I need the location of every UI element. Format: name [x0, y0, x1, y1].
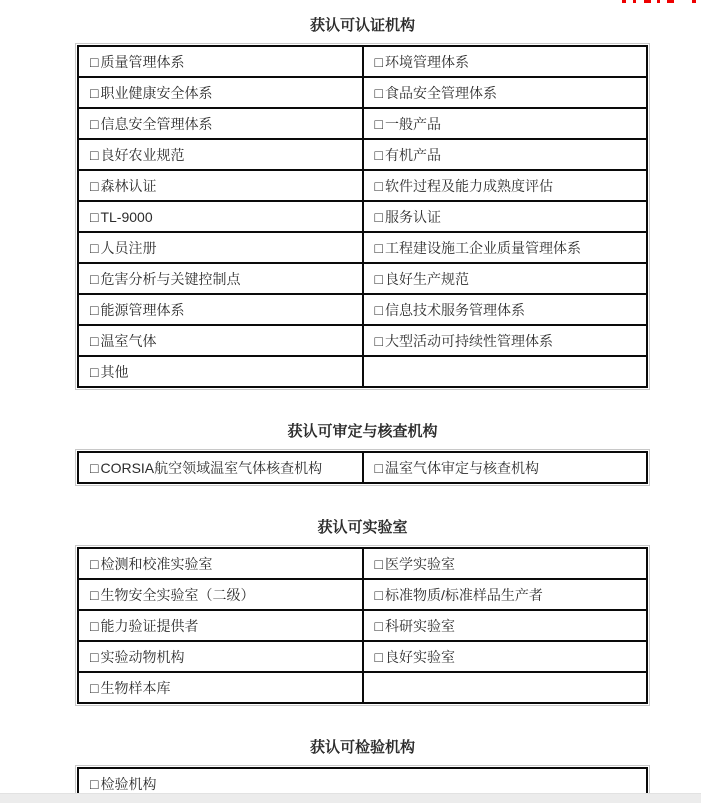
table-row: □温室气体□大型活动可持续性管理体系	[78, 325, 647, 356]
checkbox-label: 一般产品	[385, 116, 441, 132]
section: 获认可审定与核查机构□CORSIA航空领域温室气体核查机构□温室气体审定与核查机…	[77, 420, 648, 484]
table-row: □CORSIA航空领域温室气体核查机构□温室气体审定与核查机构	[78, 452, 647, 483]
checkbox-cell[interactable]: □医学实验室	[363, 548, 648, 579]
checkbox-label: 森林认证	[100, 178, 156, 194]
checkbox-cell[interactable]: □其他	[78, 356, 363, 387]
checkbox-label: 大型活动可持续性管理体系	[385, 333, 553, 349]
table-row: □职业健康安全体系□食品安全管理体系	[78, 77, 647, 108]
checkbox-icon[interactable]: □	[90, 54, 98, 70]
checkbox-icon[interactable]: □	[375, 333, 383, 349]
checkbox-label: CORSIA航空领域温室气体核查机构	[100, 460, 322, 476]
checkbox-label: 良好农业规范	[100, 147, 184, 163]
checkbox-label: 软件过程及能力成熟度评估	[385, 178, 553, 194]
checkbox-cell[interactable]: □温室气体审定与核查机构	[363, 452, 648, 483]
checkbox-icon[interactable]: □	[375, 587, 383, 603]
checkbox-cell[interactable]: □标准物质/标准样品生产者	[363, 579, 648, 610]
checkbox-label: 环境管理体系	[385, 54, 469, 70]
table-row: □良好农业规范□有机产品	[78, 139, 647, 170]
checkbox-icon[interactable]: □	[90, 116, 98, 132]
checkbox-cell[interactable]: □科研实验室	[363, 610, 648, 641]
checkbox-label: 能源管理体系	[100, 302, 184, 318]
checkbox-label: 服务认证	[385, 209, 441, 225]
section: 获认可认证机构□质量管理体系□环境管理体系□职业健康安全体系□食品安全管理体系□…	[77, 14, 648, 388]
section-title: 获认可审定与核查机构	[77, 420, 648, 441]
checkbox-cell[interactable]: □职业健康安全体系	[78, 77, 363, 108]
checkbox-cell[interactable]: □环境管理体系	[363, 46, 648, 77]
checkbox-cell	[363, 672, 648, 703]
checkbox-cell[interactable]: □信息安全管理体系	[78, 108, 363, 139]
checkbox-cell[interactable]: □生物样本库	[78, 672, 363, 703]
checkbox-icon[interactable]: □	[375, 556, 383, 572]
checkbox-icon[interactable]: □	[375, 240, 383, 256]
table-row: □其他	[78, 356, 647, 387]
red-mark	[657, 0, 660, 3]
checkbox-label: 温室气体	[100, 333, 156, 349]
checkbox-label: 工程建设施工企业质量管理体系	[385, 240, 581, 256]
checkbox-cell[interactable]: □生物安全实验室（二级）	[78, 579, 363, 610]
checkbox-cell[interactable]: □大型活动可持续性管理体系	[363, 325, 648, 356]
checkbox-cell[interactable]: □一般产品	[363, 108, 648, 139]
checkbox-cell[interactable]: □危害分析与关键控制点	[78, 263, 363, 294]
checkbox-icon[interactable]: □	[90, 240, 98, 256]
checkbox-cell[interactable]: □能源管理体系	[78, 294, 363, 325]
checkbox-icon[interactable]: □	[90, 271, 98, 287]
checkbox-icon[interactable]: □	[90, 364, 98, 380]
checkbox-icon[interactable]: □	[90, 460, 98, 476]
checkbox-table: □质量管理体系□环境管理体系□职业健康安全体系□食品安全管理体系□信息安全管理体…	[77, 45, 648, 388]
table-row: □生物样本库	[78, 672, 647, 703]
checkbox-label: 人员注册	[100, 240, 156, 256]
checkbox-cell[interactable]: □温室气体	[78, 325, 363, 356]
checkbox-label: 检测和校准实验室	[100, 556, 212, 572]
table-row: □人员注册□工程建设施工企业质量管理体系	[78, 232, 647, 263]
checkbox-icon[interactable]: □	[90, 618, 98, 634]
checkbox-label: 食品安全管理体系	[385, 85, 497, 101]
checkbox-cell[interactable]: □良好实验室	[363, 641, 648, 672]
section-title: 获认可检验机构	[77, 736, 648, 757]
checkbox-label: 良好生产规范	[385, 271, 469, 287]
section-title: 获认可认证机构	[77, 14, 648, 35]
checkbox-cell[interactable]: □良好生产规范	[363, 263, 648, 294]
table-row: □生物安全实验室（二级）□标准物质/标准样品生产者	[78, 579, 647, 610]
checkbox-icon[interactable]: □	[90, 587, 98, 603]
checkbox-label: 其他	[100, 364, 128, 380]
checkbox-label: 有机产品	[385, 147, 441, 163]
table-row: □能力验证提供者□科研实验室	[78, 610, 647, 641]
section-title: 获认可实验室	[77, 516, 648, 537]
table-row: □检测和校准实验室□医学实验室	[78, 548, 647, 579]
checkbox-icon[interactable]: □	[375, 649, 383, 665]
checkbox-icon[interactable]: □	[90, 209, 98, 225]
section: 获认可检验机构□检验机构	[77, 736, 648, 800]
checkbox-icon[interactable]: □	[375, 54, 383, 70]
checkbox-label: TL-9000	[100, 209, 152, 225]
table-row: □质量管理体系□环境管理体系	[78, 46, 647, 77]
checkbox-cell[interactable]: □良好农业规范	[78, 139, 363, 170]
checkbox-cell	[363, 356, 648, 387]
section: 获认可实验室□检测和校准实验室□医学实验室□生物安全实验室（二级）□标准物质/标…	[77, 516, 648, 704]
table-row: □TL-9000□服务认证	[78, 201, 647, 232]
checkbox-label: 职业健康安全体系	[100, 85, 212, 101]
checkbox-label: 信息安全管理体系	[100, 116, 212, 132]
checkbox-cell[interactable]: □工程建设施工企业质量管理体系	[363, 232, 648, 263]
checkbox-cell[interactable]: □食品安全管理体系	[363, 77, 648, 108]
checkbox-icon[interactable]: □	[375, 147, 383, 163]
checkbox-label: 温室气体审定与核查机构	[385, 460, 539, 476]
checkbox-cell[interactable]: □质量管理体系	[78, 46, 363, 77]
table-row: □实验动物机构□良好实验室	[78, 641, 647, 672]
checkbox-label: 危害分析与关键控制点	[100, 271, 240, 287]
table-row: □信息安全管理体系□一般产品	[78, 108, 647, 139]
checkbox-icon[interactable]: □	[90, 556, 98, 572]
checkbox-label: 质量管理体系	[100, 54, 184, 70]
checkbox-icon[interactable]: □	[375, 85, 383, 101]
checkbox-label: 良好实验室	[385, 649, 455, 665]
checkbox-icon[interactable]: □	[375, 178, 383, 194]
checkbox-icon[interactable]: □	[90, 776, 98, 792]
checkbox-icon[interactable]: □	[90, 178, 98, 194]
window-bottom-bar	[0, 793, 701, 803]
checkbox-icon[interactable]: □	[375, 460, 383, 476]
red-mark	[667, 0, 674, 3]
checkbox-cell[interactable]: □信息技术服务管理体系	[363, 294, 648, 325]
red-mark	[692, 0, 696, 3]
checkbox-icon[interactable]: □	[375, 271, 383, 287]
checkbox-label: 医学实验室	[385, 556, 455, 572]
checkbox-icon[interactable]: □	[90, 302, 98, 318]
checkbox-label: 科研实验室	[385, 618, 455, 634]
checkbox-icon[interactable]: □	[90, 649, 98, 665]
checkbox-icon[interactable]: □	[375, 209, 383, 225]
checkbox-icon[interactable]: □	[375, 116, 383, 132]
checkbox-cell[interactable]: □森林认证	[78, 170, 363, 201]
checkbox-cell[interactable]: □有机产品	[363, 139, 648, 170]
checkbox-table: □检测和校准实验室□医学实验室□生物安全实验室（二级）□标准物质/标准样品生产者…	[77, 547, 648, 704]
checkbox-cell[interactable]: □服务认证	[363, 201, 648, 232]
checkbox-cell[interactable]: □实验动物机构	[78, 641, 363, 672]
checkbox-icon[interactable]: □	[375, 618, 383, 634]
checkbox-icon[interactable]: □	[90, 333, 98, 349]
table-row: □能源管理体系□信息技术服务管理体系	[78, 294, 647, 325]
table-row: □森林认证□软件过程及能力成熟度评估	[78, 170, 647, 201]
checkbox-cell[interactable]: □人员注册	[78, 232, 363, 263]
checkbox-label: 实验动物机构	[100, 649, 184, 665]
checkbox-cell[interactable]: □CORSIA航空领域温室气体核查机构	[78, 452, 363, 483]
checkbox-icon[interactable]: □	[90, 85, 98, 101]
checkbox-cell[interactable]: □软件过程及能力成熟度评估	[363, 170, 648, 201]
checkbox-cell[interactable]: □检测和校准实验室	[78, 548, 363, 579]
checkbox-icon[interactable]: □	[90, 680, 98, 696]
checkbox-label: 标准物质/标准样品生产者	[385, 587, 543, 603]
form-page: 获认可认证机构□质量管理体系□环境管理体系□职业健康安全体系□食品安全管理体系□…	[0, 0, 701, 800]
checkbox-cell[interactable]: □TL-9000	[78, 201, 363, 232]
checkbox-label: 能力验证提供者	[100, 618, 198, 634]
checkbox-cell[interactable]: □能力验证提供者	[78, 610, 363, 641]
checkbox-label: 信息技术服务管理体系	[385, 302, 525, 318]
checkbox-icon[interactable]: □	[375, 302, 383, 318]
table-row: □危害分析与关键控制点□良好生产规范	[78, 263, 647, 294]
checkbox-label: 生物样本库	[100, 680, 170, 696]
checkbox-label: 检验机构	[100, 776, 156, 792]
checkbox-table: □CORSIA航空领域温室气体核查机构□温室气体审定与核查机构	[77, 451, 648, 484]
form-sections: 获认可认证机构□质量管理体系□环境管理体系□职业健康安全体系□食品安全管理体系□…	[77, 0, 648, 800]
checkbox-icon[interactable]: □	[90, 147, 98, 163]
checkbox-label: 生物安全实验室（二级）	[100, 587, 254, 603]
